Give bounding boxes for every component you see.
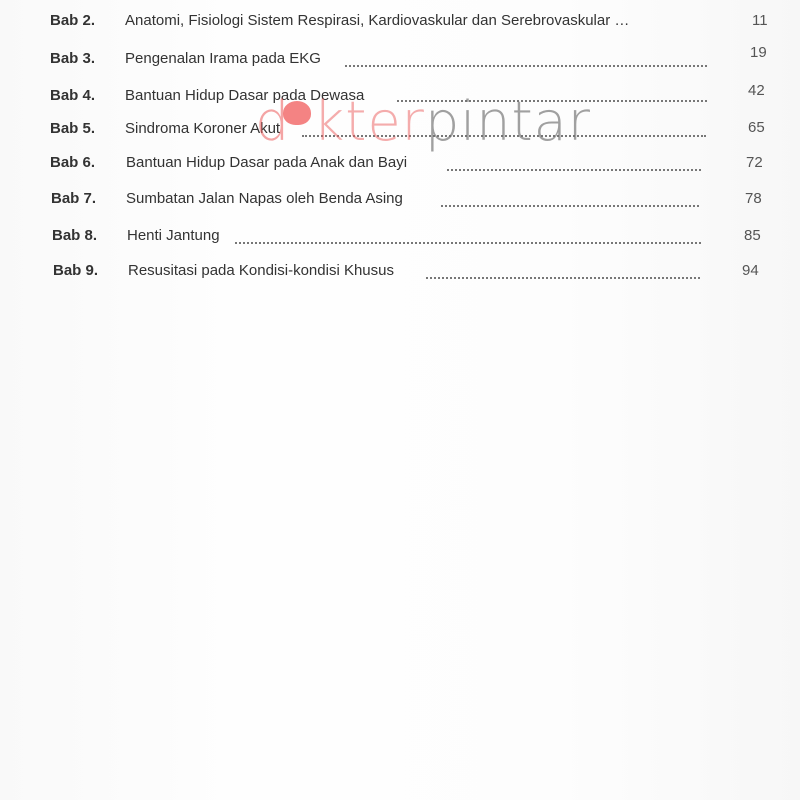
chapter-title: Henti Jantung	[127, 227, 220, 244]
chapter-title: Resusitasi pada Kondisi-kondisi Khusus	[128, 262, 394, 279]
toc-entry: Bab 6. Bantuan Hidup Dasar pada Anak dan…	[0, 154, 800, 178]
toc-entry: Bab 3. Pengenalan Irama pada EKG 19	[0, 50, 800, 74]
page-number: 94	[742, 262, 759, 279]
dot-leader	[426, 275, 700, 279]
dot-leader	[441, 203, 699, 207]
dot-leader	[345, 63, 707, 67]
toc-entry: Bab 2. Anatomi, Fisiologi Sistem Respira…	[0, 12, 800, 36]
chapter-number: Bab 3.	[50, 50, 95, 67]
chapter-number: Bab 8.	[52, 227, 97, 244]
dot-leader	[447, 167, 701, 171]
chapter-title: Anatomi, Fisiologi Sistem Respirasi, Kar…	[125, 12, 629, 29]
toc-entry: Bab 5. Sindroma Koroner Akut 65	[0, 120, 800, 144]
page-number: 85	[744, 227, 761, 244]
page-number: 72	[746, 154, 763, 171]
page-number: 11	[752, 12, 768, 29]
toc-entry: Bab 8. Henti Jantung 85	[0, 227, 800, 251]
toc-entry: Bab 4. Bantuan Hidup Dasar pada Dewasa 4…	[0, 87, 800, 111]
toc-entry: Bab 9. Resusitasi pada Kondisi-kondisi K…	[0, 262, 800, 286]
chapter-number: Bab 2.	[50, 12, 95, 29]
chapter-title: Sindroma Koroner Akut	[125, 120, 280, 137]
page-number: 19	[750, 44, 767, 61]
chapter-number: Bab 4.	[50, 87, 95, 104]
document-page: Bab 2. Anatomi, Fisiologi Sistem Respira…	[0, 0, 800, 800]
chapter-number: Bab 9.	[53, 262, 98, 279]
page-number: 65	[748, 119, 765, 136]
dot-leader	[302, 133, 706, 137]
chapter-number: Bab 5.	[50, 120, 95, 137]
chapter-title: Pengenalan Irama pada EKG	[125, 50, 321, 67]
dot-leader	[235, 240, 701, 244]
page-number: 42	[748, 82, 765, 99]
chapter-title: Sumbatan Jalan Napas oleh Benda Asing	[126, 190, 403, 207]
page-number: 78	[745, 190, 762, 207]
chapter-number: Bab 7.	[51, 190, 96, 207]
chapter-number: Bab 6.	[50, 154, 95, 171]
toc-entry: Bab 7. Sumbatan Jalan Napas oleh Benda A…	[0, 190, 800, 214]
dot-leader	[397, 98, 707, 102]
chapter-title: Bantuan Hidup Dasar pada Anak dan Bayi	[126, 154, 407, 171]
chapter-title: Bantuan Hidup Dasar pada Dewasa	[125, 87, 364, 104]
